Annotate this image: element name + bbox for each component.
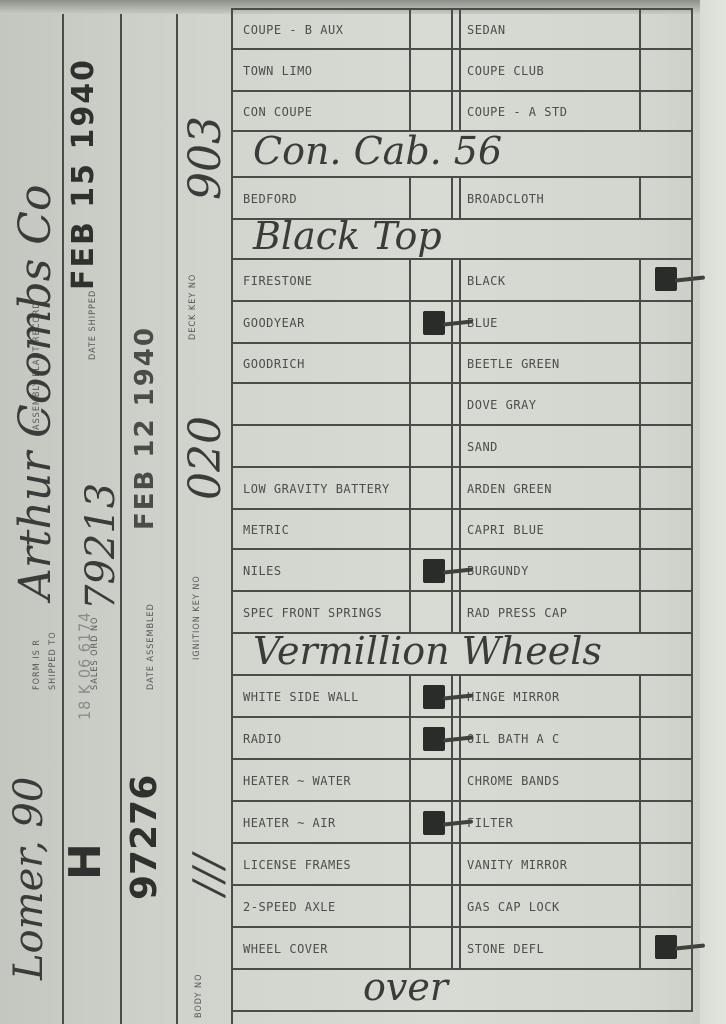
ignition-key-label: IGNITION KEY NO (192, 575, 202, 660)
column-rule (451, 760, 453, 802)
handwritten-note: over (363, 965, 448, 1009)
column-rule (459, 92, 461, 132)
column-rule (459, 384, 461, 426)
right-checkbox[interactable] (641, 676, 691, 718)
left-checkbox[interactable] (411, 886, 451, 928)
option-right-label: CHROME BANDS (467, 760, 637, 802)
left-checkbox[interactable] (411, 50, 451, 92)
check-mark-icon (423, 685, 445, 709)
ignition-key-value: 020 (180, 416, 231, 500)
table-bottom-rule (233, 1010, 693, 1012)
left-checkbox[interactable] (411, 676, 451, 718)
column-rule (459, 50, 461, 92)
left-checkbox[interactable] (411, 92, 451, 132)
column-rule (451, 468, 453, 510)
option-row: NILESBURGUNDY (233, 548, 693, 592)
column-rule (451, 50, 453, 92)
option-right-label: COUPE - A STD (467, 92, 637, 132)
column-rule (451, 510, 453, 550)
check-mark-icon (655, 935, 677, 959)
left-checkbox[interactable] (411, 718, 451, 760)
column-rule (459, 928, 461, 970)
right-checkbox[interactable] (641, 426, 691, 468)
option-right-label: SAND (467, 426, 637, 468)
right-checkbox[interactable] (641, 844, 691, 886)
option-left-label: LICENSE FRAMES (243, 844, 409, 886)
handwritten-row: over (233, 968, 693, 1012)
option-right-label: CAPRI BLUE (467, 510, 637, 550)
right-checkbox[interactable] (641, 510, 691, 550)
check-mark-icon (423, 311, 445, 335)
date-shipped-label: DATE SHIPPED (88, 290, 98, 360)
handwritten-row: Black Top (233, 218, 693, 260)
option-right-label: DOVE GRAY (467, 384, 637, 426)
option-right-label: GAS CAP LOCK (467, 886, 637, 928)
right-checkbox[interactable] (641, 592, 691, 634)
sales-ord-value: 79213 (78, 483, 124, 610)
column-rule (451, 260, 453, 302)
column-rule (451, 844, 453, 886)
option-row: GOODRICHBEETLE GREEN (233, 342, 693, 384)
right-checkbox[interactable] (641, 802, 691, 844)
option-row: SAND (233, 424, 693, 468)
column-rule (459, 886, 461, 928)
option-left-label: LOW GRAVITY BATTERY (243, 468, 409, 510)
right-checkbox[interactable] (641, 886, 691, 928)
option-right-label: VANITY MIRROR (467, 844, 637, 886)
option-row: 2-SPEED AXLEGAS CAP LOCK (233, 884, 693, 928)
option-left-label (243, 426, 409, 468)
option-left-label: GOODYEAR (243, 302, 409, 344)
handwritten-row: Con. Cab. 56 (233, 130, 693, 178)
handwritten-name: Lomer, 90 (6, 777, 52, 980)
card-right-edge (700, 0, 726, 1024)
column-rule (451, 384, 453, 426)
column-rule (459, 468, 461, 510)
left-checkbox[interactable] (411, 592, 451, 634)
right-checkbox[interactable] (641, 344, 691, 384)
right-checkbox[interactable] (641, 10, 691, 50)
column-rule (451, 886, 453, 928)
option-left-label: RADIO (243, 718, 409, 760)
column-rule (451, 592, 453, 634)
option-row: METRICCAPRI BLUE (233, 508, 693, 550)
left-checkbox[interactable] (411, 928, 451, 970)
check-mark-icon (423, 727, 445, 751)
option-right-label: ARDEN GREEN (467, 468, 637, 510)
form-label: FORM IS R (32, 639, 42, 690)
column-rule (459, 426, 461, 468)
check-mark-icon (423, 811, 445, 835)
option-row: HEATER ~ WATERCHROME BANDS (233, 758, 693, 802)
left-checkbox[interactable] (411, 468, 451, 510)
option-row: FIRESTONEBLACK (233, 258, 693, 302)
column-rule (459, 844, 461, 886)
option-left-label: SPEC FRONT SPRINGS (243, 592, 409, 634)
faint-stamp: 18 K 06 6174 (80, 612, 90, 720)
option-row: LOW GRAVITY BATTERYARDEN GREEN (233, 466, 693, 510)
body-no-value: 97276 (124, 775, 165, 900)
option-row: COUPE - B AUXSEDAN (233, 8, 693, 50)
option-row: HEATER ~ AIRFILTER (233, 800, 693, 844)
deck-key-label: DECK KEY NO (188, 274, 198, 340)
left-checkbox[interactable] (411, 844, 451, 886)
option-row: WHITE SIDE WALLHINGE MIRROR (233, 674, 693, 718)
handwritten-row: Vermillion Wheels (233, 632, 693, 676)
table-right-rule (691, 8, 693, 1010)
right-checkbox[interactable] (641, 50, 691, 92)
right-checkbox[interactable] (641, 260, 691, 302)
left-checkbox[interactable] (411, 510, 451, 550)
left-checkbox[interactable] (411, 550, 451, 592)
option-right-label: BLACK (467, 260, 637, 302)
tally-marks: /// (186, 855, 232, 895)
handwritten-note: Vermillion Wheels (253, 629, 602, 673)
option-left-label: 2-SPEED AXLE (243, 886, 409, 928)
option-row: TOWN LIMOCOUPE CLUB (233, 48, 693, 92)
column-rule (459, 344, 461, 384)
option-row: SPEC FRONT SPRINGSRAD PRESS CAP (233, 590, 693, 634)
column-rule (451, 344, 453, 384)
deck-key-value: 903 (180, 116, 231, 200)
option-left-label: WHEEL COVER (243, 928, 409, 970)
option-left-label: COUPE - B AUX (243, 10, 409, 50)
column-rule (459, 178, 461, 220)
option-left-label: TOWN LIMO (243, 50, 409, 92)
right-checkbox[interactable] (641, 302, 691, 344)
right-checkbox[interactable] (641, 92, 691, 132)
left-checkbox[interactable] (411, 802, 451, 844)
body-no-label: BODY NO (194, 974, 204, 1018)
left-checkbox[interactable] (411, 344, 451, 384)
option-row: WHEEL COVERSTONE DEFL (233, 926, 693, 970)
date-shipped-value: FEB 15 1940 (66, 58, 101, 290)
option-row: DOVE GRAY (233, 382, 693, 426)
handwritten-note: Black Top (253, 214, 442, 258)
column-rule (459, 260, 461, 302)
left-checkbox[interactable] (411, 426, 451, 468)
option-left-label: HEATER ~ AIR (243, 802, 409, 844)
option-right-label: BLUE (467, 302, 637, 344)
left-checkbox[interactable] (411, 760, 451, 802)
left-checkbox[interactable] (411, 384, 451, 426)
option-left-label: NILES (243, 550, 409, 592)
option-row: GOODYEARBLUE (233, 300, 693, 344)
column-rule (451, 178, 453, 220)
column-rule (459, 760, 461, 802)
option-right-label: FILTER (467, 802, 637, 844)
date-assembled-label: DATE ASSEMBLED (146, 603, 156, 690)
option-right-label: RAD PRESS CAP (467, 592, 637, 634)
option-row: LICENSE FRAMESVANITY MIRROR (233, 842, 693, 886)
option-right-label: COUPE CLUB (467, 50, 637, 92)
option-left-label: GOODRICH (243, 344, 409, 384)
option-right-label: BROADCLOTH (467, 178, 637, 220)
option-left-label: METRIC (243, 510, 409, 550)
option-right-label: HINGE MIRROR (467, 676, 637, 718)
body-code: H (60, 843, 111, 880)
right-checkbox[interactable] (641, 928, 691, 970)
column-rule (451, 10, 453, 50)
column-rule (459, 510, 461, 550)
left-checkbox[interactable] (411, 302, 451, 344)
right-checkbox[interactable] (641, 178, 691, 220)
column-rule (459, 592, 461, 634)
table-left-rule (231, 8, 233, 1010)
right-checkbox[interactable] (641, 468, 691, 510)
shipped-to-label: SHIPPED TO (48, 631, 58, 690)
check-mark-icon (423, 559, 445, 583)
column-rule (451, 426, 453, 468)
strip-rule (176, 14, 178, 1024)
right-checkbox[interactable] (641, 718, 691, 760)
option-right-label: OIL BATH A C (467, 718, 637, 760)
option-right-label: BURGUNDY (467, 550, 637, 592)
assembly-record-card: FORM IS R SHIPPED TO ASSEMBLY PLANT RECO… (0, 0, 726, 1024)
left-checkbox[interactable] (411, 260, 451, 302)
right-checkbox[interactable] (641, 760, 691, 802)
date-assembled-value: FEB 12 1940 (130, 326, 160, 530)
check-mark-icon (655, 267, 677, 291)
column-rule (451, 92, 453, 132)
option-left-label (243, 384, 409, 426)
right-checkbox[interactable] (641, 384, 691, 426)
handwritten-note: Con. Cab. 56 (253, 129, 502, 173)
shipped-to-value: Arthur Coombs Co (10, 185, 61, 600)
column-rule (459, 10, 461, 50)
option-right-label: STONE DEFL (467, 928, 637, 970)
option-right-label: SEDAN (467, 10, 637, 50)
column-rule (451, 928, 453, 970)
option-row: CON COUPECOUPE - A STD (233, 90, 693, 132)
option-left-label: CON COUPE (243, 92, 409, 132)
option-row: RADIOOIL BATH A C (233, 716, 693, 760)
option-left-label: FIRESTONE (243, 260, 409, 302)
option-left-label: WHITE SIDE WALL (243, 676, 409, 718)
option-left-label: HEATER ~ WATER (243, 760, 409, 802)
right-checkbox[interactable] (641, 550, 691, 592)
option-right-label: BEETLE GREEN (467, 344, 637, 384)
left-checkbox[interactable] (411, 10, 451, 50)
